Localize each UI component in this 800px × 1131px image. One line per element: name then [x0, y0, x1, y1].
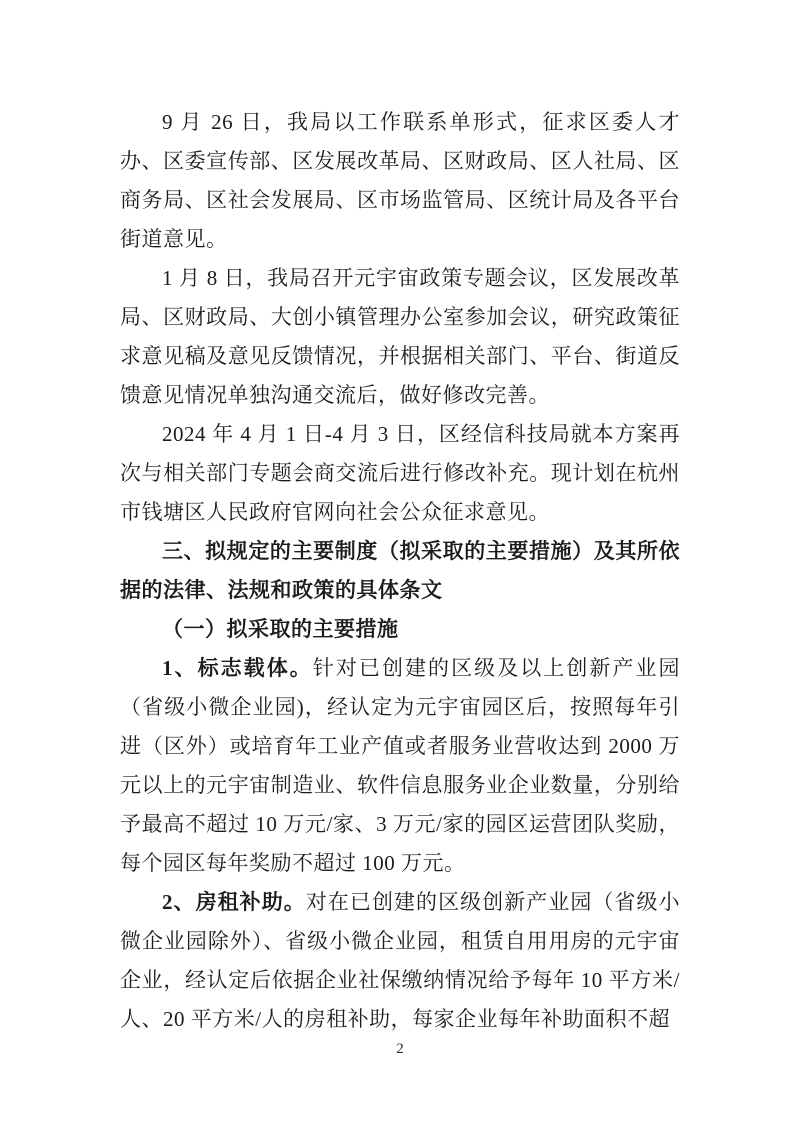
bold-lead-in: （一）拟采取的主要措施 [162, 617, 399, 641]
document-page: 9 月 26 日，我局以工作联系单形式，征求区委人才办、区委宣传部、区发展改革局… [0, 0, 800, 1131]
bold-lead-in: 三、拟规定的主要制度（拟采取的主要措施）及其所依据的法律、法规和政策的具体条文 [120, 540, 680, 602]
paragraph: 1、标志载体。针对已创建的区级及以上创新产业园（省级小微企业园)，经认定为元宇宙… [120, 649, 680, 883]
document-body: 9 月 26 日，我局以工作联系单形式，征求区委人才办、区委宣传部、区发展改革局… [120, 103, 680, 1039]
section-heading: （一）拟采取的主要措施 [120, 610, 680, 649]
paragraph: 2024 年 4 月 1 日-4 月 3 日，区经信科技局就本方案再次与相关部门… [120, 415, 680, 532]
text-segment: 2024 年 4 月 1 日-4 月 3 日，区经信科技局就本方案再次与相关部门… [120, 422, 680, 524]
bold-lead-in: 1、标志载体。 [162, 656, 313, 680]
page-number: 2 [396, 1041, 404, 1057]
section-heading: 三、拟规定的主要制度（拟采取的主要措施）及其所依据的法律、法规和政策的具体条文 [120, 532, 680, 610]
paragraph: 9 月 26 日，我局以工作联系单形式，征求区委人才办、区委宣传部、区发展改革局… [120, 103, 680, 259]
page-footer: 2 [0, 1040, 800, 1058]
bold-lead-in: 2、房租补助。 [162, 890, 306, 914]
text-segment: 1 月 8 日，我局召开元宇宙政策专题会议，区发展改革局、区财政局、大创小镇管理… [120, 266, 680, 407]
text-segment: 针对已创建的区级及以上创新产业园（省级小微企业园)，经认定为元宇宙园区后，按照每… [120, 656, 680, 875]
text-segment: 9 月 26 日，我局以工作联系单形式，征求区委人才办、区委宣传部、区发展改革局… [120, 110, 680, 251]
paragraph: 2、房租补助。对在已创建的区级创新产业园（省级小微企业园除外）、省级小微企业园，… [120, 883, 680, 1039]
paragraph: 1 月 8 日，我局召开元宇宙政策专题会议，区发展改革局、区财政局、大创小镇管理… [120, 259, 680, 415]
